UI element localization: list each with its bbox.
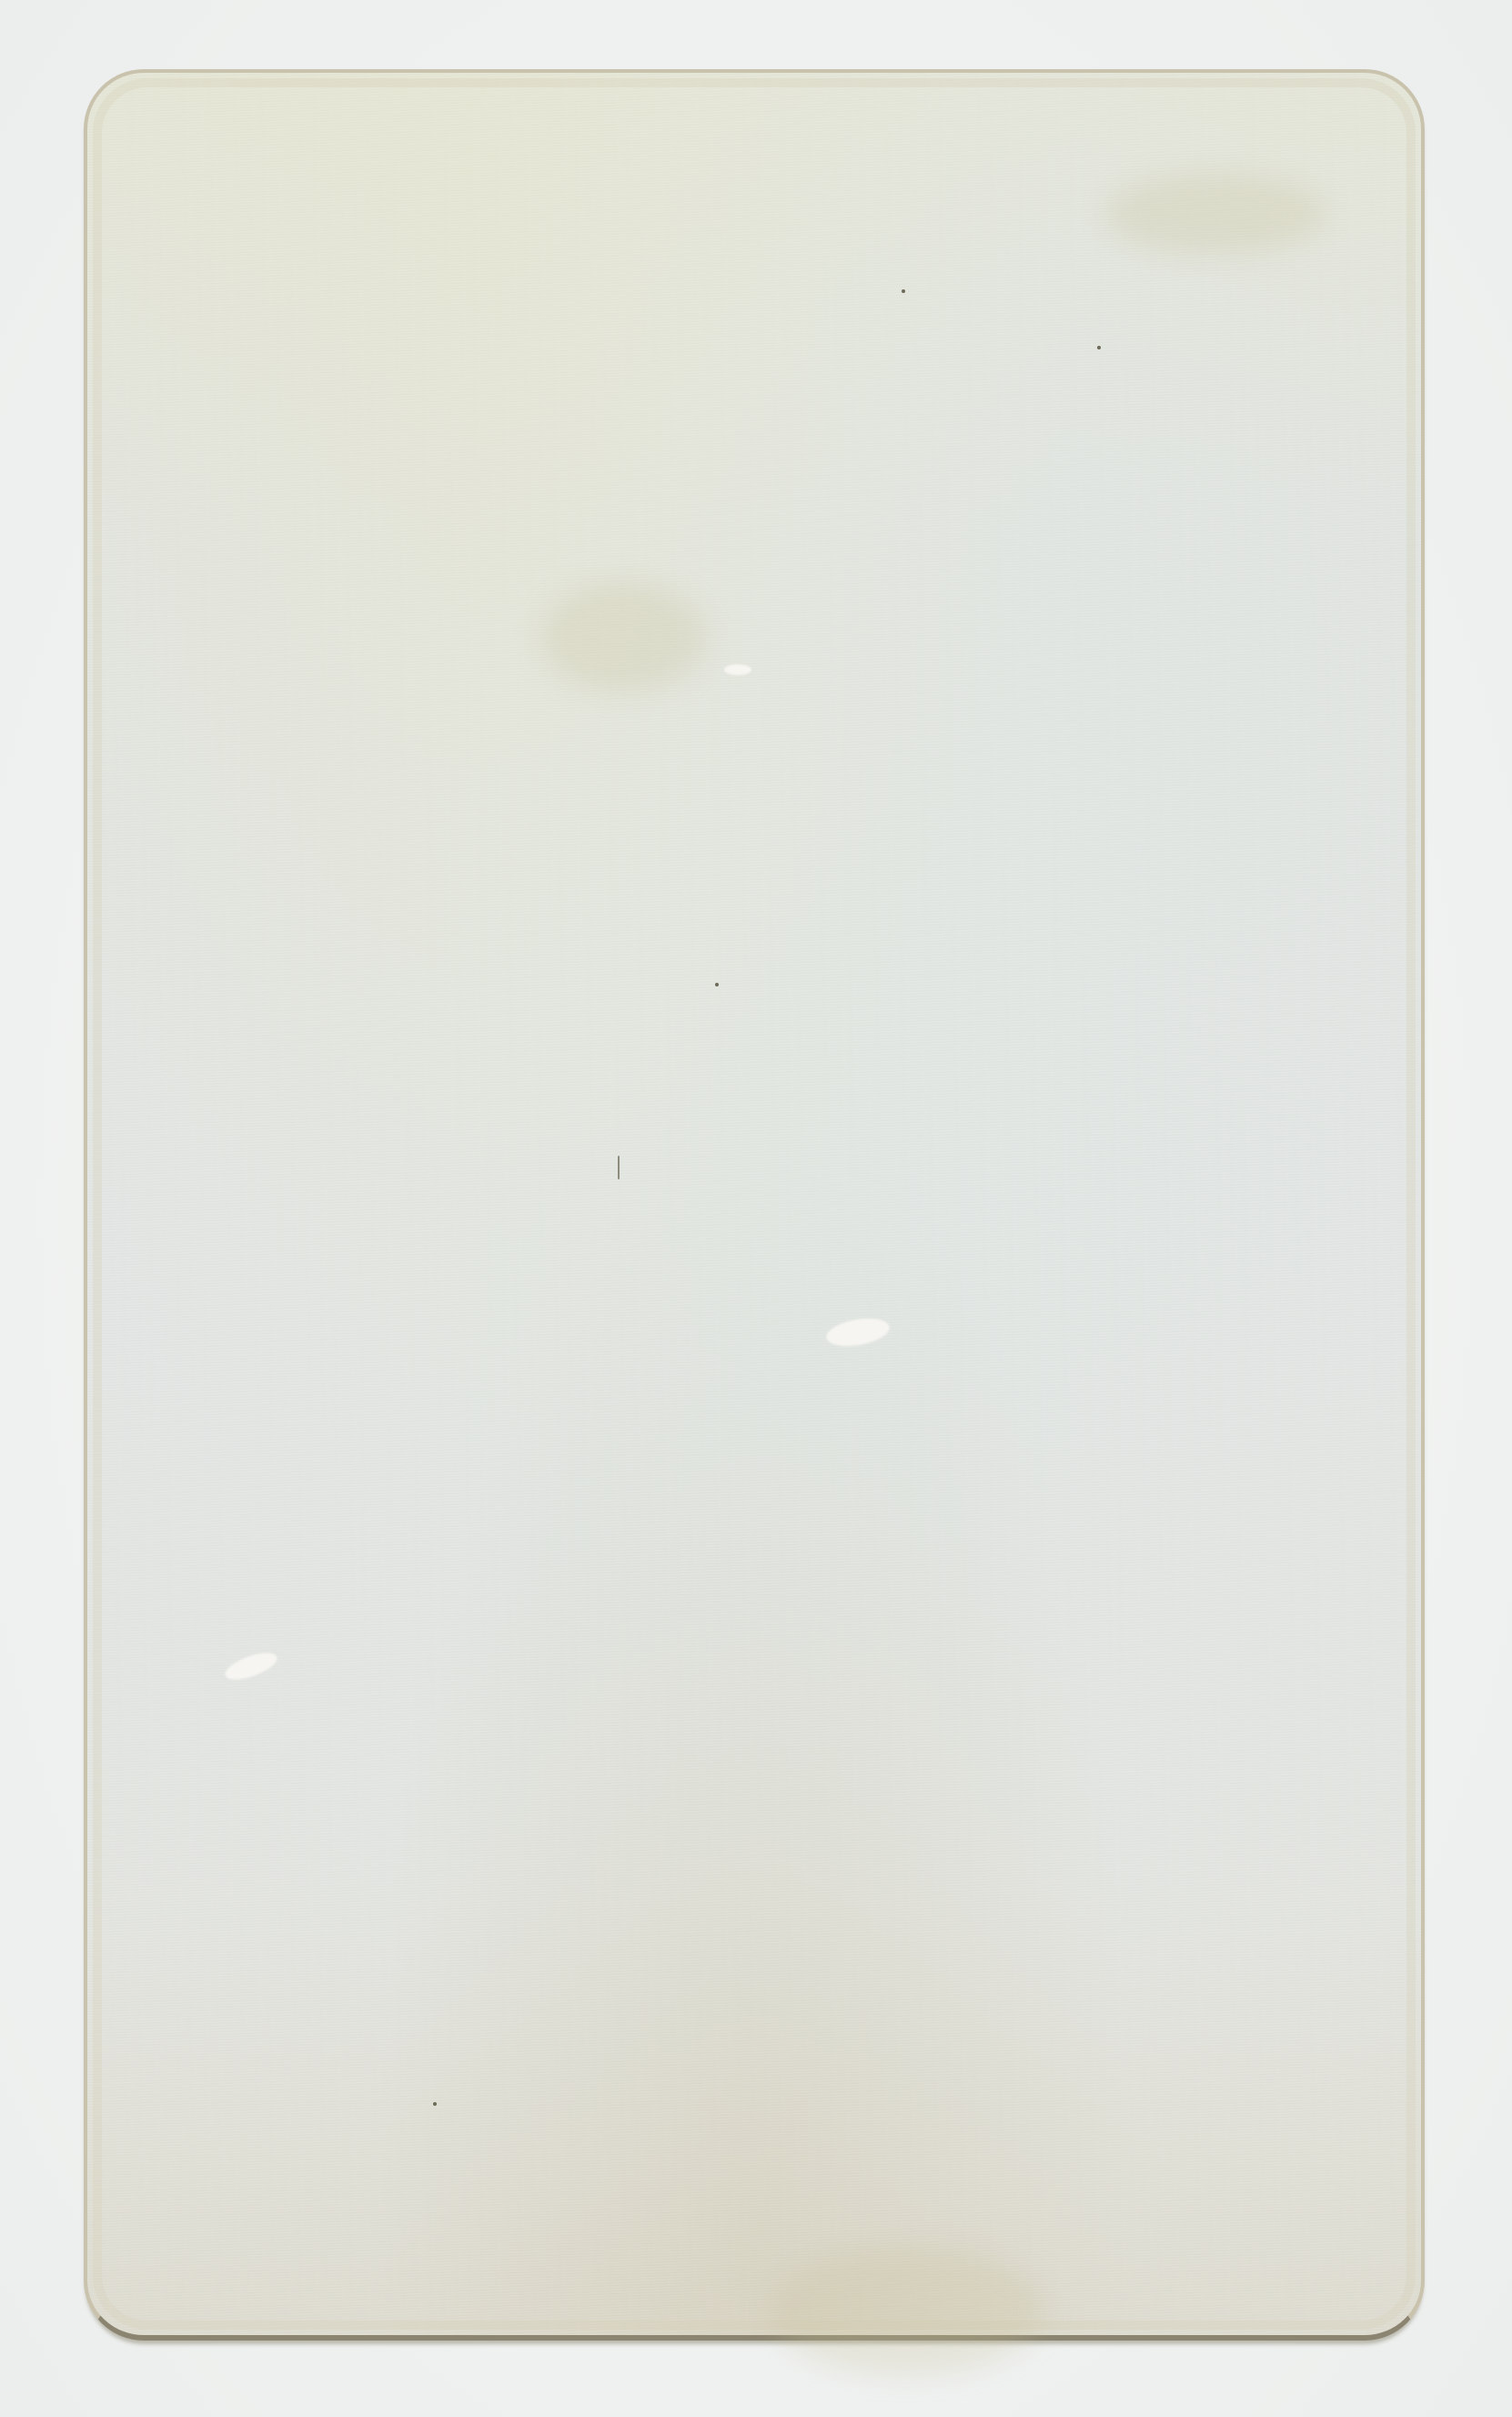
speck	[902, 289, 905, 293]
surface-abrasion	[824, 1314, 892, 1350]
speck	[1097, 346, 1101, 349]
surface-abrasion	[724, 664, 751, 675]
card-inner-edge-wear	[93, 78, 1416, 2330]
paper-texture	[87, 73, 1421, 2335]
stain	[770, 2248, 1043, 2375]
surface-abrasion	[222, 1647, 280, 1684]
card-back	[84, 69, 1425, 2341]
speck	[715, 983, 719, 986]
speck	[433, 2102, 437, 2106]
scratch-mark	[618, 1156, 620, 1179]
stain	[542, 582, 706, 692]
stain	[1106, 173, 1325, 255]
